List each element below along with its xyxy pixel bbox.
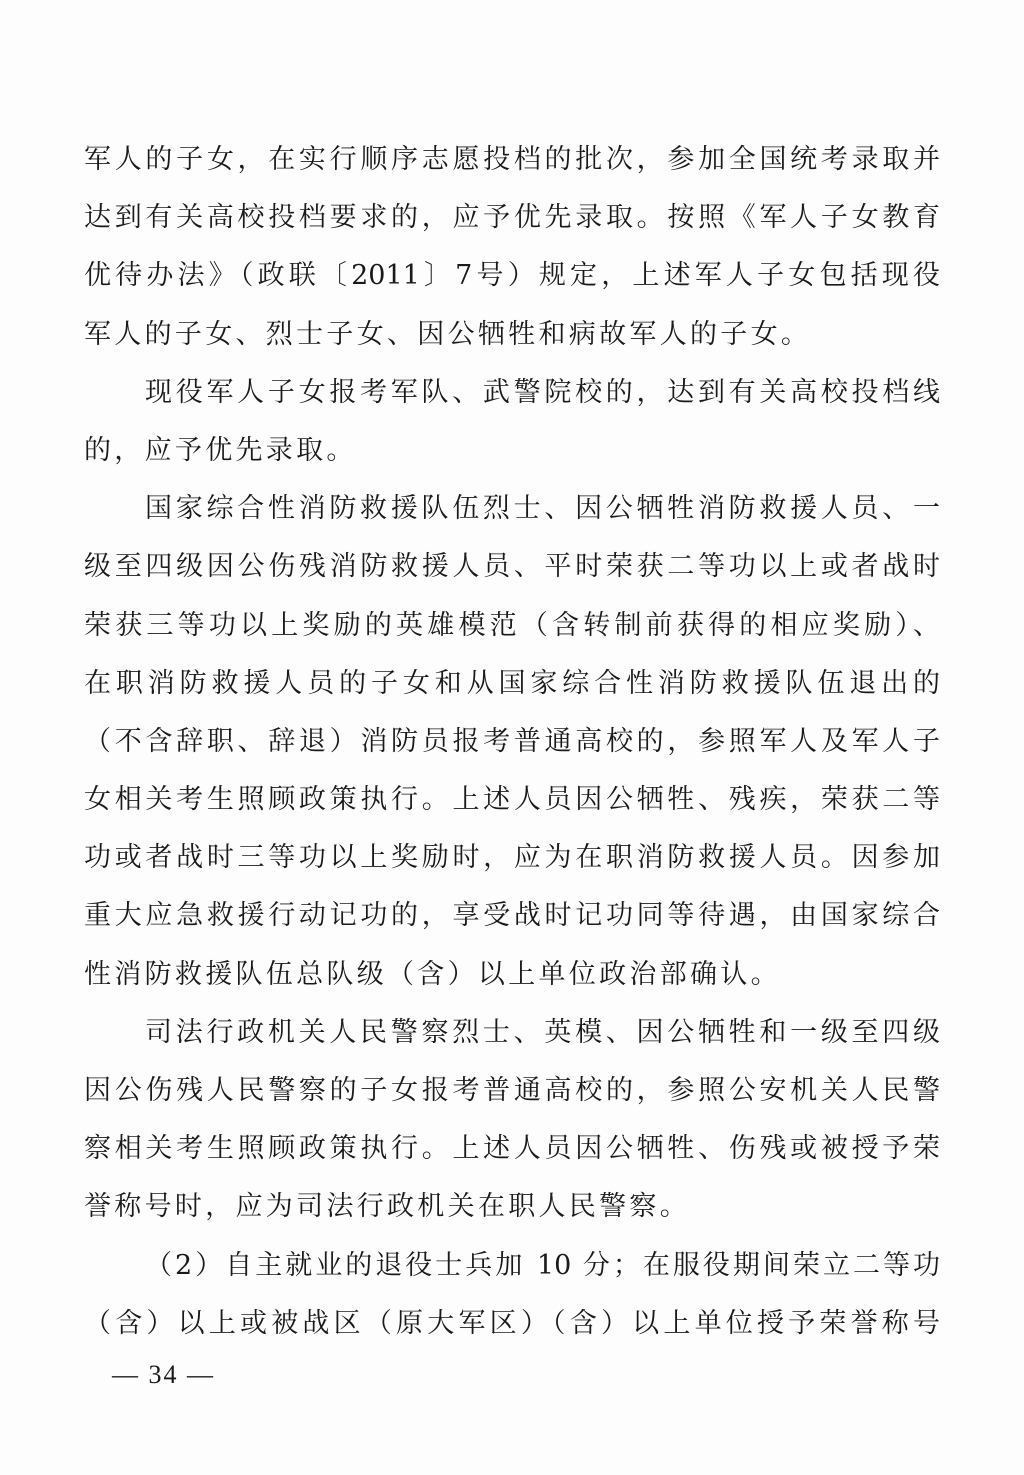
paragraph-start-line: （2）自主就业的退役士兵加 10 分；在服役期间荣立二等功 xyxy=(84,1237,940,1295)
text-line: （含）以上或被战区（原大军区）（含）以上单位授予荣誉称号 xyxy=(84,1295,940,1353)
page-number: — 34 — xyxy=(112,1358,215,1392)
text-line: 性消防救援队伍总队级（含）以上单位政治部确认。 xyxy=(84,946,940,1004)
document-page: 军人的子女，在实行顺序志愿投档的批次，参加全国统考录取并 达到有关高校投档要求的… xyxy=(0,0,1024,1475)
text-line: （不含辞职、辞退）消防员报考普通高校的，参照军人及军人子 xyxy=(84,713,940,771)
text-line: 荣获三等功以上奖励的英雄模范（含转制前获得的相应奖励）、 xyxy=(84,597,940,655)
text-line: 察相关考生照顾政策执行。上述人员因公牺牲、伤残或被授予荣 xyxy=(84,1120,940,1178)
text-line: 的，应予优先录取。 xyxy=(84,422,940,480)
paragraph-start-line: 国家综合性消防救援队伍烈士、因公牺牲消防救援人员、一 xyxy=(84,480,940,538)
text-line: 女相关考生照顾政策执行。上述人员因公牺牲、残疾，荣获二等 xyxy=(84,771,940,829)
text-line: 因公伤残人民警察的子女报考普通高校的，参照公安机关人民警 xyxy=(84,1062,940,1120)
text-line: 誉称号时，应为司法行政机关在职人民警察。 xyxy=(84,1178,940,1236)
text-line: 优待办法》（政联〔2011〕7号）规定，上述军人子女包括现役 xyxy=(84,247,940,305)
text-line: 功或者战时三等功以上奖励时，应为在职消防救援人员。因参加 xyxy=(84,829,940,887)
text-line: 重大应急救援行动记功的，享受战时记功同等待遇，由国家综合 xyxy=(84,887,940,945)
paragraph-start-line: 现役军人子女报考军队、武警院校的，达到有关高校投档线 xyxy=(84,364,940,422)
body-text: 军人的子女，在实行顺序志愿投档的批次，参加全国统考录取并 达到有关高校投档要求的… xyxy=(84,131,940,1353)
paragraph-start-line: 司法行政机关人民警察烈士、英模、因公牺牲和一级至四级 xyxy=(84,1004,940,1062)
text-line: 在职消防救援人员的子女和从国家综合性消防救援队伍退出的 xyxy=(84,655,940,713)
text-line: 军人的子女、烈士子女、因公牺牲和病故军人的子女。 xyxy=(84,306,940,364)
text-line: 军人的子女，在实行顺序志愿投档的批次，参加全国统考录取并 xyxy=(84,131,940,189)
text-line: 级至四级因公伤残消防救援人员、平时荣获二等功以上或者战时 xyxy=(84,538,940,596)
text-line: 达到有关高校投档要求的，应予优先录取。按照《军人子女教育 xyxy=(84,189,940,247)
